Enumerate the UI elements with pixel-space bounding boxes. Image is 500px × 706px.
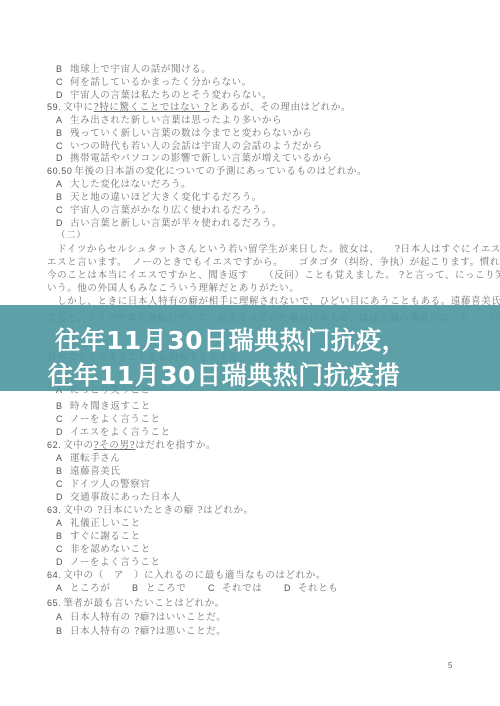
option-60-a: A大した変化はないだろう。 [56,178,191,191]
option-63-b: Bすぐに謝ること [56,530,141,543]
option-59-a: A生み出された新しい言葉は思ったより多いから [56,114,282,127]
passage-line: ドイツからセルシュタットさんという若い留学生が来日した。彼女は、 ?日本人はすぐ… [47,244,500,256]
option-63-c: C非を認めないこと [56,543,151,556]
option-65-b: B日本人特有の ?癖?は悪いことだ。 [56,625,226,638]
question-64: 64.文中の（ ア ）に入れるのに最も適当なものはどれか。 [47,569,326,582]
option-62-c: Cドイツ人の警察官 [56,478,150,491]
question-63: 63.文中の ?日本にいたときの癖 ?はどれか。 [47,504,254,517]
banner-title-line-1: 往年11月30日瑞典热门抗疫， [55,321,407,357]
options-64: Aところが Bところで Cそれでは Dそれとも [56,582,356,595]
passage-line: いう。他の外国人もみなこういう理解だとありがたい。 [47,283,300,295]
question-60: 60.50年後の日本語の変化についての予測にあっているものはどれか。 [47,165,367,178]
question-65: 65.筆者が最も言いたいことはどれか。 [47,597,225,610]
option-63-d: Dノーをよく言うこと [56,556,161,569]
option-60-b: B天と地の違いほど大きく変化するだろう。 [56,191,262,204]
option-62-b: B遠藤喜美氏 [56,465,121,478]
option-58-b: B地球上で宇宙人の話が聞ける。 [56,63,211,76]
page-number: 5 [448,661,452,670]
option-63-a: A礼儀正しいこと [56,517,141,530]
option-62-a: A運転手さん [56,452,121,465]
option-61-d: Dイエスをよく言うこと [56,426,171,439]
option-64-b: Bところで [132,582,186,595]
option-62-d: D交通事故にあった日本人 [56,491,181,504]
passage-line: エスと言います。 ノーのときでもイエスですから。 ゴタゴタ（纠纷、争执）が起こり… [47,257,500,269]
question-59: 59.文中に?特に驚くことではない ?とあるが、その理由はどれか。 [47,101,351,114]
option-58-c: C何を話しているかまったく分からない。 [56,76,252,89]
banner-title-line-2: 往年11月30日瑞典热门抗疫措 [48,356,400,392]
option-64-d: Dそれとも [284,582,338,595]
title-banner: 往年11月30日瑞典热门抗疫， 往年11月30日瑞典热门抗疫措 [0,305,500,391]
option-60-d: D古い言葉と新しい言葉が半々使われるだろう。 [56,217,282,230]
option-65-a: A日本人特有の ?癖?はいいことだ。 [56,611,226,624]
option-61-b: B時々聞き返すこと [56,400,151,413]
option-59-d: D携帯電話やパソコンの影響で新しい言葉が増えているから [56,152,332,165]
option-64-a: Aところが [56,582,110,595]
passage-line: 今のことは本当にイエスですかと、聞き返す （反问）ことも覚えました。 ?と言って… [47,270,500,282]
question-62: 62.文中の?その男?はだれを指すか。 [47,439,216,452]
section-label: （二） [56,230,86,242]
option-61-c: Cノーをよく言うこと [56,413,161,426]
option-60-c: C宇宙人の言葉がかなり広く使われるだろう。 [56,204,272,217]
option-59-b: B残っていく新しい言葉の数は今までと変わらないから [56,127,312,140]
option-64-c: Cそれでは [208,582,262,595]
